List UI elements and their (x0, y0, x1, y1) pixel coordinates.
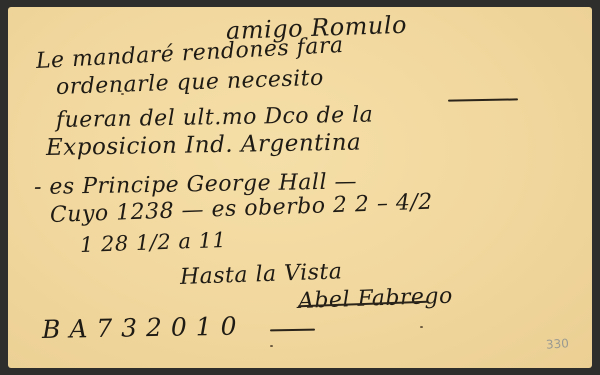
handwritten-signature: Abel Fabrego (298, 284, 454, 314)
dash-line-1 (448, 98, 518, 101)
handwritten-line-4: Exposicion Ind. Argentina (46, 129, 362, 160)
postcard: amigo Romulo Le mandaré rendones fara or… (8, 7, 592, 368)
pencil-inventory-number: 330 (546, 336, 570, 352)
underline-signature (270, 329, 315, 331)
handwritten-reference-number: B A 7 3 2 0 1 0 (42, 312, 237, 344)
handwritten-line-7: 1 28 1/2 a 11 (80, 228, 227, 257)
handwritten-line-3: fueran del ult.mo Dco de la (56, 102, 374, 133)
paper-speck (270, 345, 273, 347)
paper-speck (420, 326, 423, 328)
paper-speck (121, 93, 124, 95)
handwritten-closing: Hasta la Vista (180, 259, 343, 290)
